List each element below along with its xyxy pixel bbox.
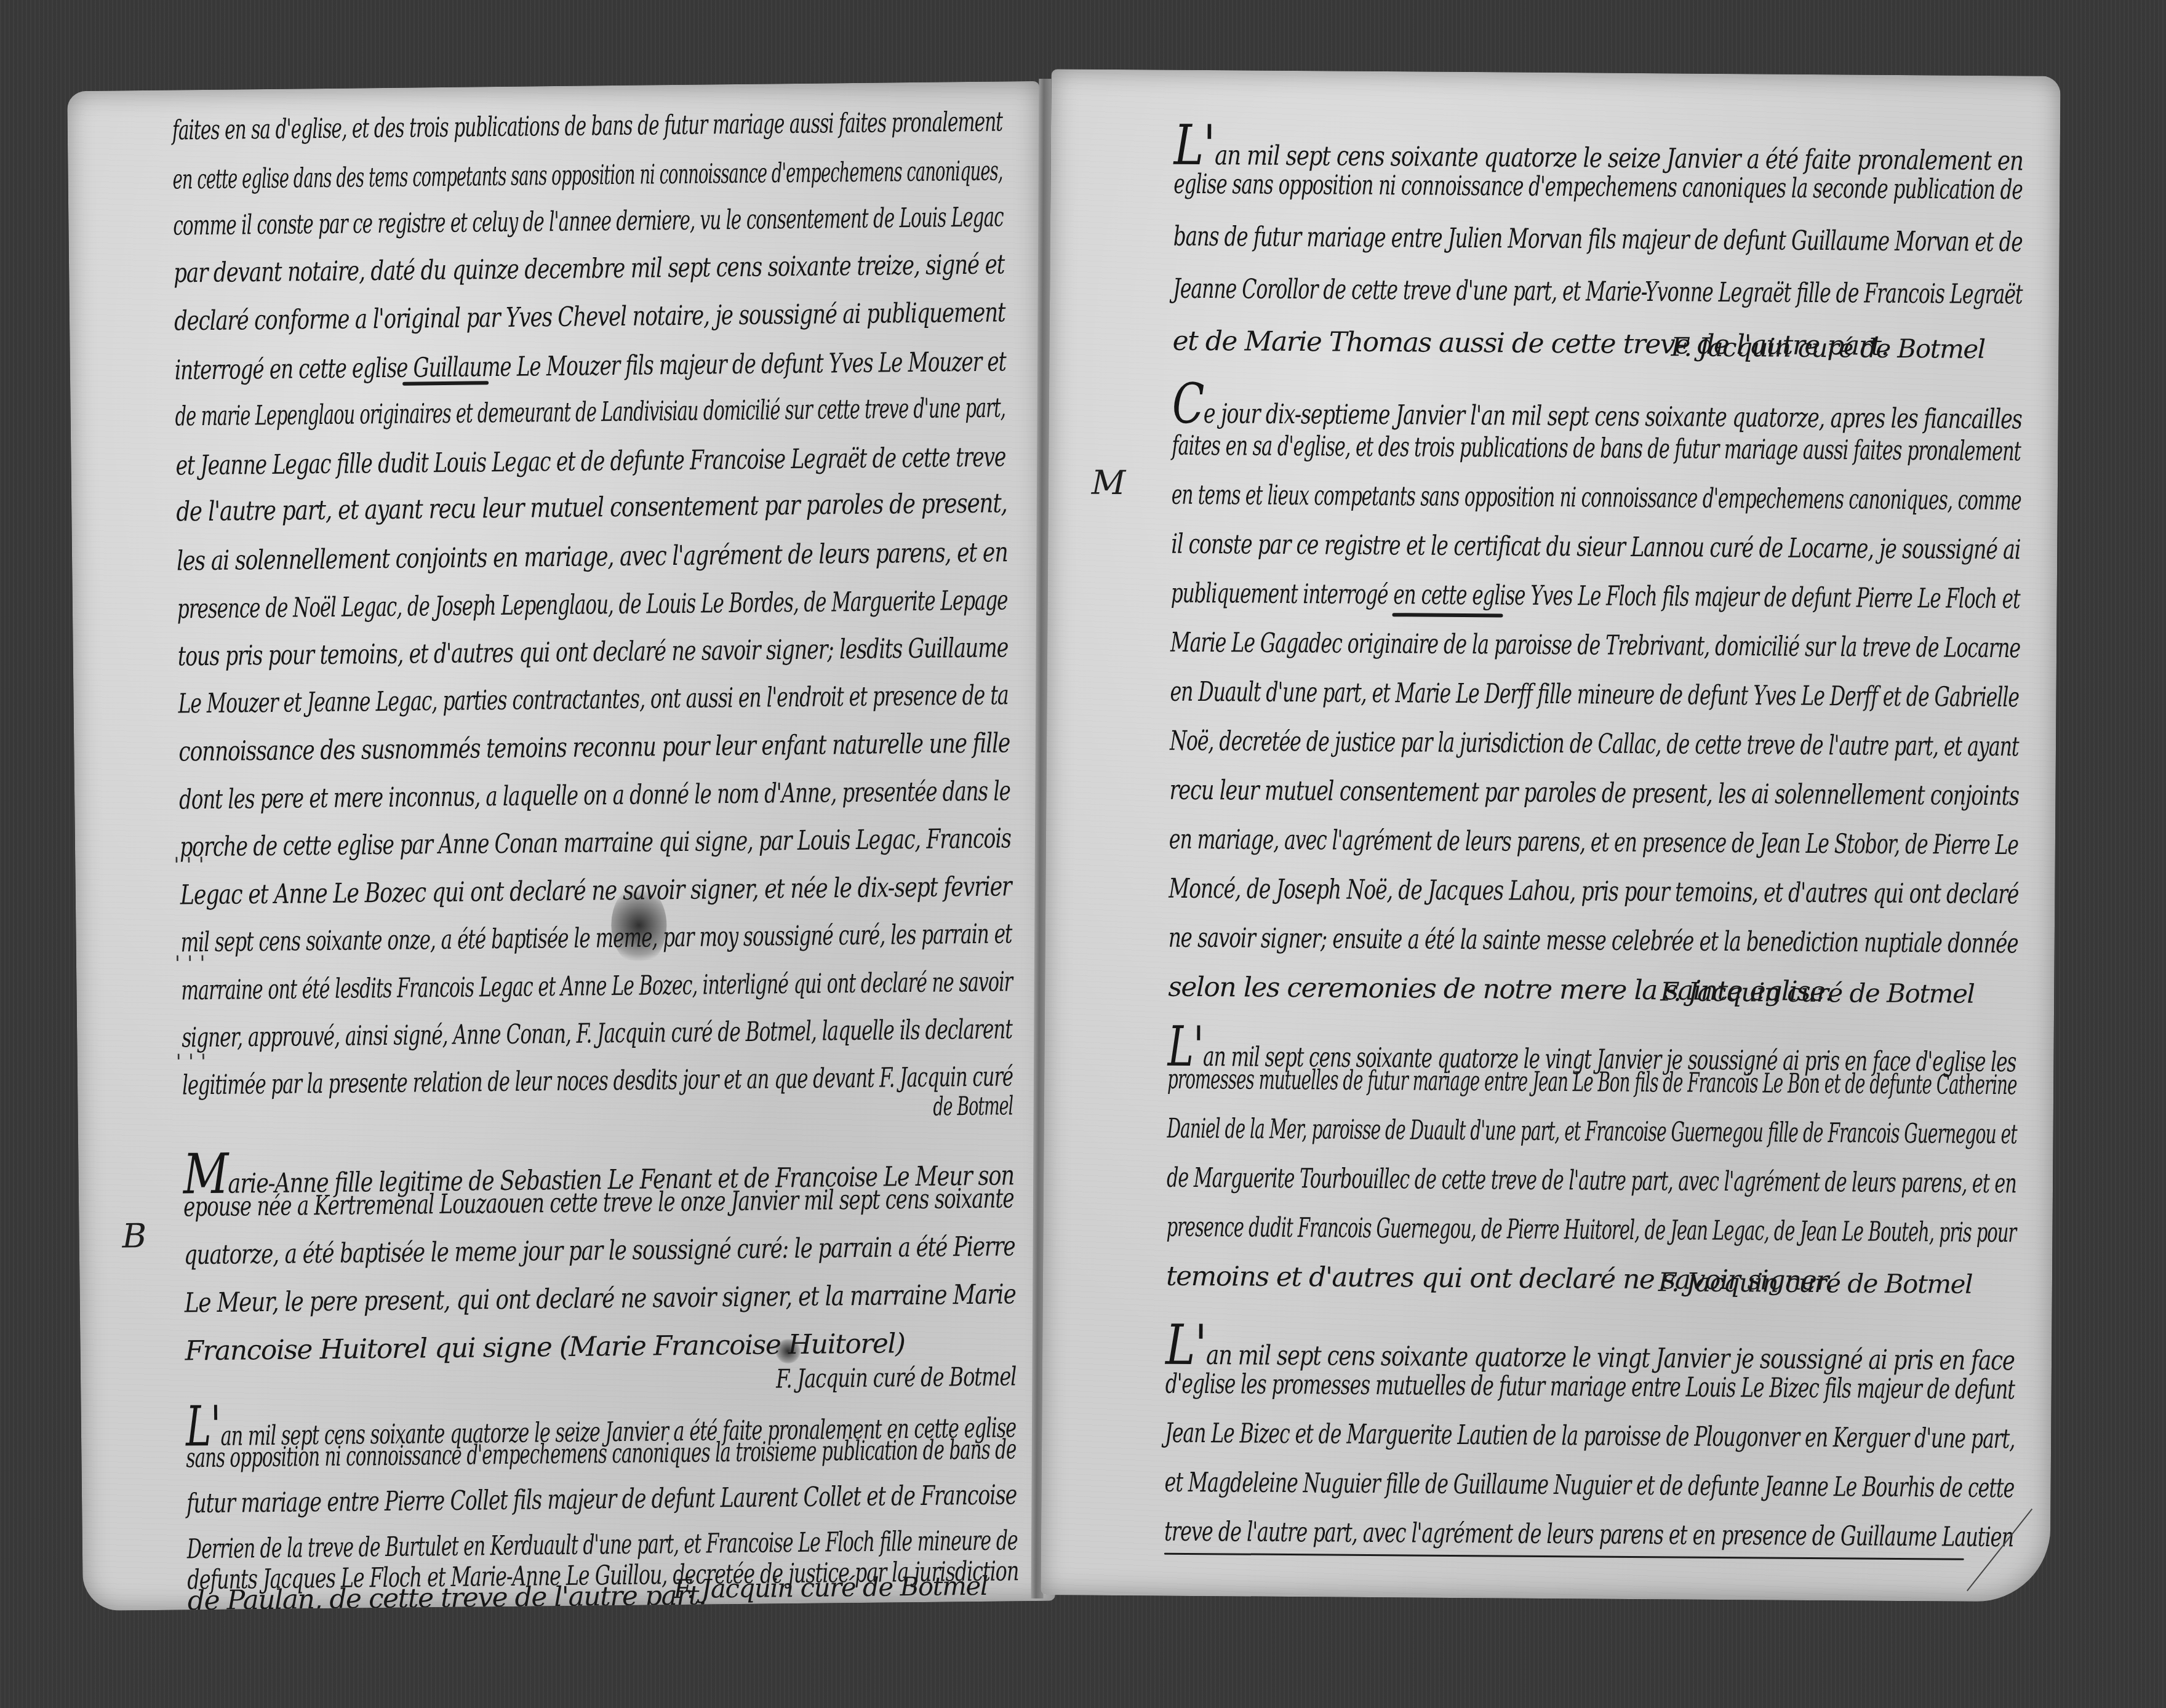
signature: F. Jacquin curé de Botmel bbox=[1660, 976, 1974, 1009]
text-line: marraine ont été lesdits Francois Legac … bbox=[181, 966, 1012, 1006]
text-line: tous pris pour temoins, et d'autres qui … bbox=[177, 632, 1008, 672]
text-line: Moncé, de Joseph Noë, de Jacques Lahou, … bbox=[1169, 873, 2018, 911]
left-page: faites en sa d'eglise, et des trois publ… bbox=[67, 81, 1055, 1611]
text-line: presence dudit Francois Guernegou, de Pi… bbox=[1166, 1211, 2016, 1249]
margin-tick-marks: ' ' ' bbox=[175, 951, 206, 976]
register-spread: faites en sa d'eglise, et des trois publ… bbox=[0, 0, 2166, 1708]
text-line: declaré conforme a l'original par Yves C… bbox=[174, 297, 1005, 337]
text-line: en Duault d'une part, et Marie Le Derff … bbox=[1170, 676, 2019, 714]
signature: F. Jacquin curé de Botmel bbox=[673, 1571, 988, 1604]
text-line: les ai solennellement conjoints en maria… bbox=[177, 537, 1008, 577]
text-line: connoissance des susnommés temoins recon… bbox=[178, 727, 1010, 767]
margin-tick-marks: ' ' ' bbox=[174, 853, 204, 878]
text-line: presence de Noël Legac, de Joseph Lepeng… bbox=[177, 585, 1008, 625]
text-line: dont les pere et mere inconnus, a laquel… bbox=[179, 775, 1010, 815]
text-line: Daniel de la Mer, paroisse de Duault d'u… bbox=[1167, 1113, 2016, 1151]
text-line: et Magdeleine Nuguier fille de Guillaume… bbox=[1164, 1467, 2014, 1504]
text-line: Jeanne Corollor de cette treve d'une par… bbox=[1173, 273, 2023, 311]
left-page-text: faites en sa d'eglise, et des trois publ… bbox=[67, 81, 1055, 1611]
text-line: en mariage, avec l'agrément de leurs par… bbox=[1169, 824, 2018, 861]
ink-blot bbox=[775, 1339, 800, 1363]
text-line: de l'autre part, et ayant recu leur mutu… bbox=[176, 487, 1007, 527]
text-line: bans de futur mariage entre Julien Morva… bbox=[1173, 221, 2023, 258]
signature: F. Jacquin curé de Botmel bbox=[1658, 1267, 1972, 1299]
text-line: Marie Le Gagadec originaire de la parois… bbox=[1170, 627, 2020, 664]
text-line: eglise sans opposition ni connoissance d… bbox=[1173, 169, 2023, 206]
text-line: Le Mouzer et Jeanne Legac, parties contr… bbox=[178, 679, 1009, 719]
text-line: interrogé en cette eglise Guillaume Le M… bbox=[175, 346, 1006, 386]
text-line: de Paulan, de cette treve de l'autre par… bbox=[188, 1580, 706, 1611]
text-line: treve de l'autre part, avec l'agrément d… bbox=[1164, 1516, 2013, 1554]
text-line: Noë, decretée de justice par la jurisdic… bbox=[1170, 725, 2019, 763]
signature: de Botmel bbox=[933, 1090, 1013, 1121]
text-line: signer, approuvé, ainsi signé, Anne Cona… bbox=[182, 1013, 1012, 1053]
text-line: promesses mutuelles de futur mariage ent… bbox=[1167, 1064, 2017, 1101]
signature: F. Jacquin curé de Botmel bbox=[1671, 332, 1984, 364]
text-line: quatorze, a été baptisée le meme jour pa… bbox=[184, 1231, 1015, 1271]
margin-note: B bbox=[122, 1216, 146, 1255]
text-line: futur mariage entre Pierre Collet fils m… bbox=[186, 1479, 1017, 1519]
text-line: il conste par ce registre et le certific… bbox=[1171, 529, 2020, 566]
underline-mark bbox=[1392, 613, 1503, 617]
text-line: legitimée par la presente relation de le… bbox=[182, 1061, 1013, 1101]
text-line: en cette eglise dans des tems competants… bbox=[172, 155, 1002, 195]
text-line: Le Meur, le pere present, qui ont declar… bbox=[184, 1279, 1015, 1319]
text-line: faites en sa d'eglise, et des trois publ… bbox=[172, 106, 1003, 146]
margin-tick-marks: ' ' ' bbox=[175, 1050, 206, 1075]
right-page: L'an mil sept cens soixante quatorze le … bbox=[1041, 69, 2060, 1602]
text-line: publiquement interrogé en cette eglise Y… bbox=[1171, 578, 2020, 615]
text-line: faites en sa d'eglise, et des trois publ… bbox=[1172, 430, 2021, 468]
text-line: recu leur mutuel consentement par parole… bbox=[1169, 775, 2019, 812]
text-line: d'eglise les promesses mutuelles de futu… bbox=[1165, 1368, 2015, 1406]
text-line: par devant notaire, daté du quinze decem… bbox=[174, 249, 1004, 289]
text-line: ne savoir signer; ensuite a été la saint… bbox=[1169, 922, 2018, 960]
text-line: comme il conste par ce registre et celuy… bbox=[173, 201, 1004, 241]
text-line: Legac et Anne Le Bozec qui ont declaré n… bbox=[180, 871, 1012, 911]
text-line: porche de cette eglise par Anne Conan ma… bbox=[180, 823, 1011, 863]
ink-blot bbox=[611, 885, 667, 965]
text-line: de Marguerite Tourbouillec de cette trev… bbox=[1167, 1162, 2016, 1200]
right-page-text: L'an mil sept cens soixante quatorze le … bbox=[1041, 69, 2060, 1602]
text-line: et Jeanne Legac fille dudit Louis Legac … bbox=[175, 441, 1005, 481]
text-line: Jean Le Bizec et de Marguerite Lautien d… bbox=[1165, 1418, 2015, 1455]
margin-note: M bbox=[1092, 463, 1126, 502]
text-line: en tems et lieux competants sans opposit… bbox=[1172, 479, 2021, 517]
text-line: de marie Lepenglaou originaires et demeu… bbox=[175, 392, 1005, 432]
text-line: mil sept cens soixante onze, a été bapti… bbox=[180, 918, 1012, 958]
